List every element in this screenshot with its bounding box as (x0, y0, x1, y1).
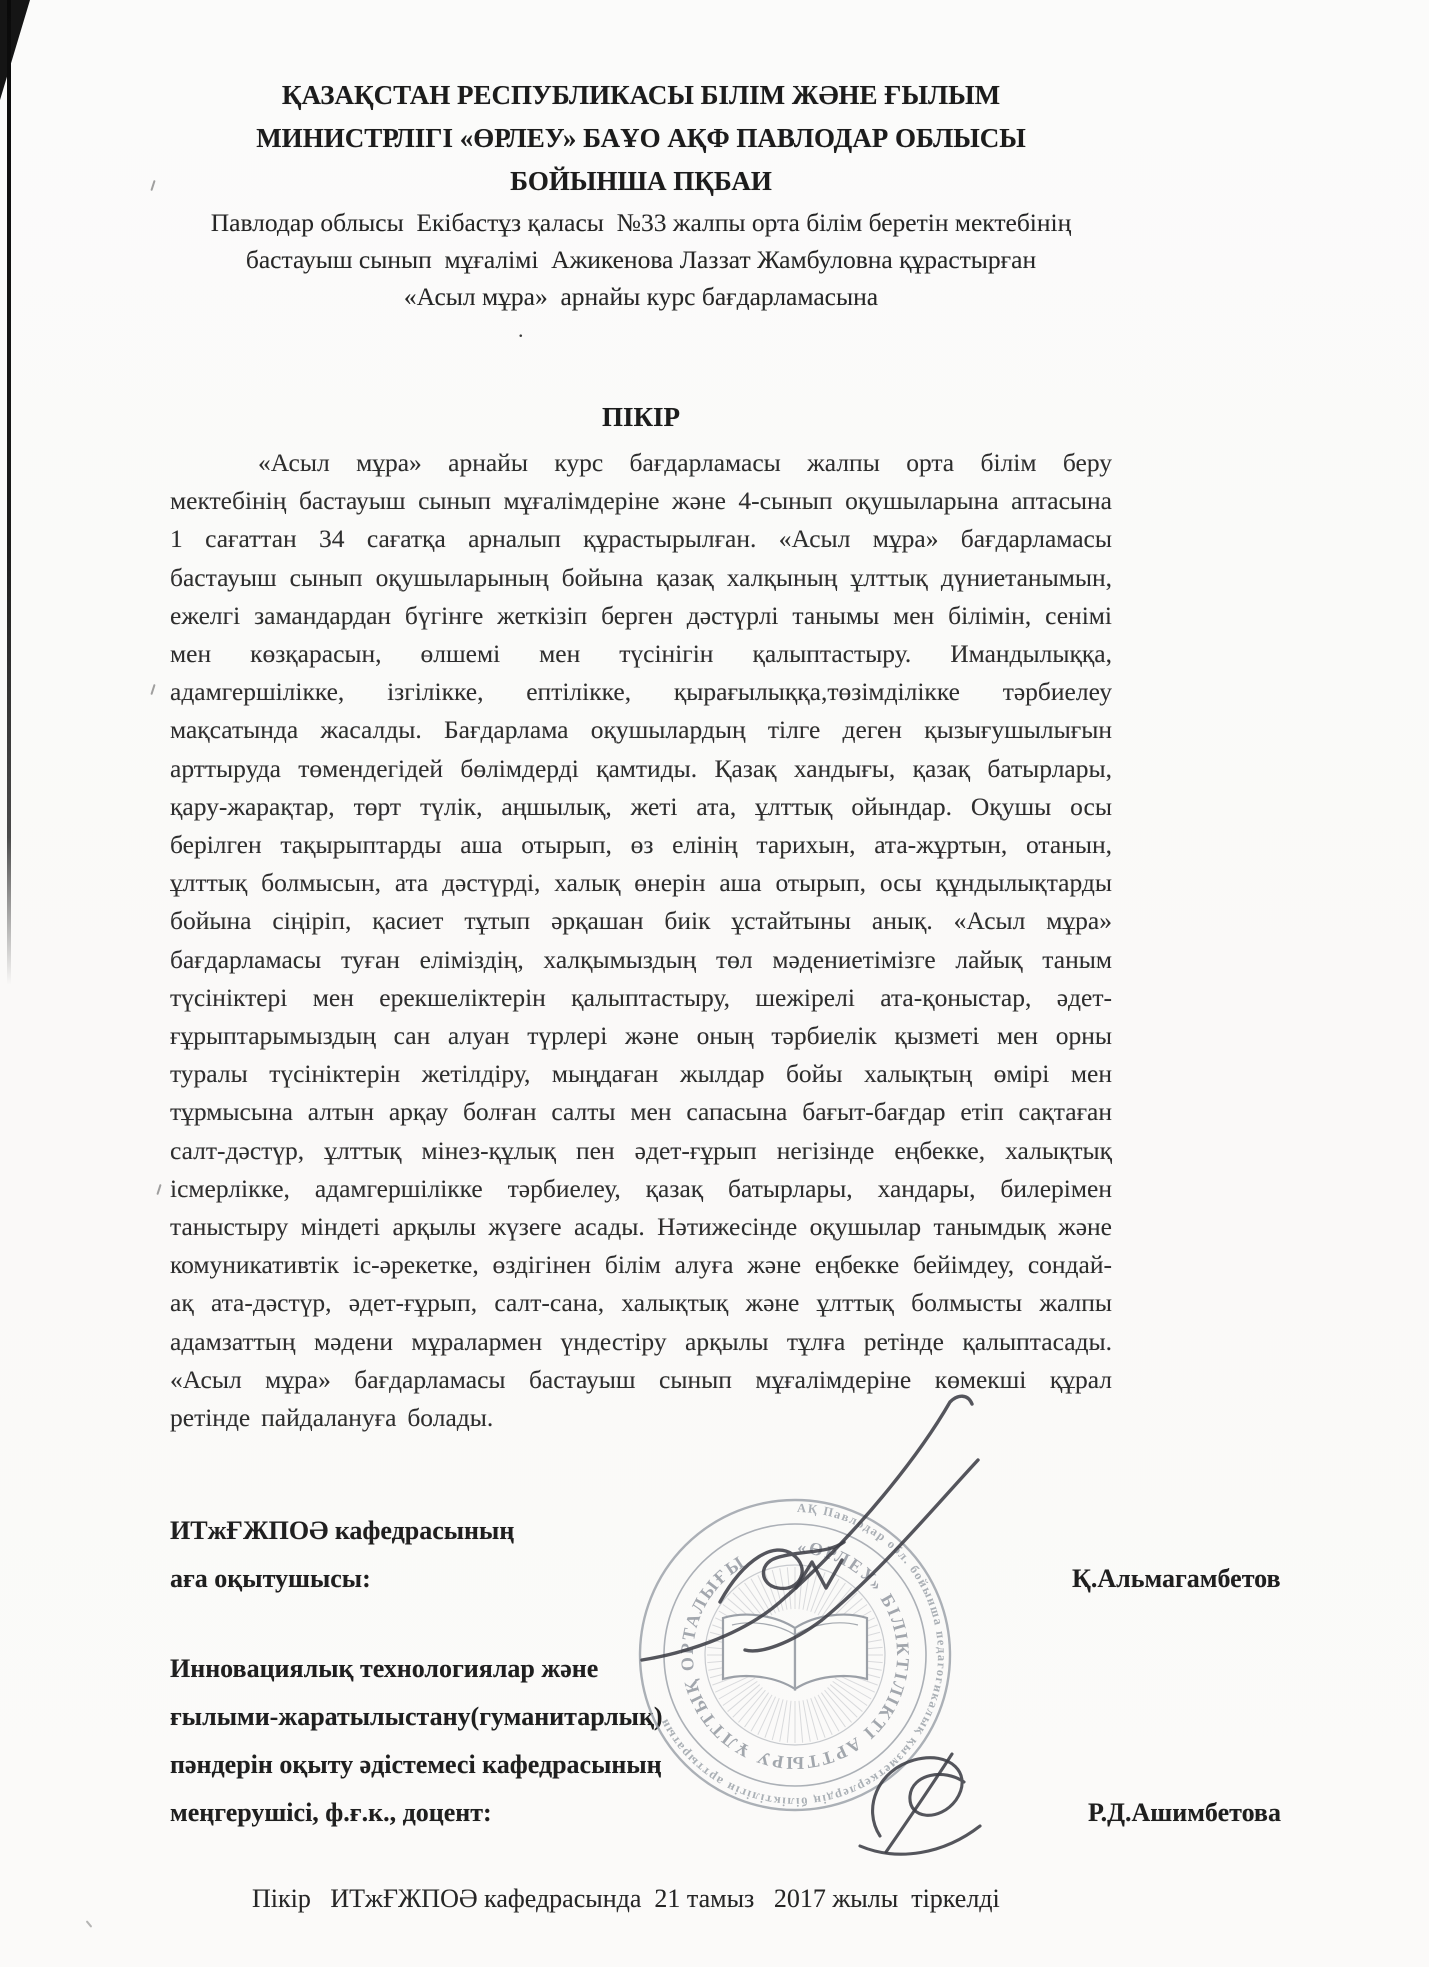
signatory-name-2: Р.Д.Ашимбетова (1088, 1798, 1281, 1828)
subtitle-line: Павлодар облысы Екібастұз қаласы №33 жал… (150, 204, 1132, 241)
signature2-role-line: пәндерін оқыту әдістемесі кафедрасының (170, 1750, 662, 1780)
subtitle-line: бастауыш сынып мұғалімі Ажикенова Лаззат… (150, 241, 1132, 278)
title-line: МИНИСТРЛІГІ «ӨРЛЕУ» БАҰО АҚФ ПАВЛОДАР ОБ… (170, 117, 1112, 160)
scan-edge-line (7, 0, 11, 985)
document-subtitle: Павлодар облысы Екібастұз қаласы №33 жал… (150, 204, 1132, 315)
review-heading: ПІКІР (170, 402, 1112, 433)
signature2-role-line: ғылыми-жаратылыстану(гуманитарлық) (170, 1702, 663, 1732)
title-line: ҚАЗАҚСТАН РЕСПУБЛИКАСЫ БІЛІМ ЖӘНЕ ҒЫЛЫМ (170, 74, 1112, 117)
signature2-role-line: меңгерушісі, ф.ғ.к., доцент: (170, 1798, 492, 1828)
signatory-name-1: Қ.Альмагамбетов (1072, 1564, 1281, 1594)
title-line: БОЙЫНША ПҚБАИ (170, 160, 1112, 203)
handwritten-signature-1 (560, 1392, 1030, 1692)
margin-mark (86, 1920, 93, 1927)
signature1-role-line: аға оқытушысы: (170, 1564, 371, 1594)
handwritten-signature-2 (852, 1748, 1002, 1863)
signature2-role-line: Инновациялық технологиялар және (170, 1654, 598, 1684)
subtitle-line: «Асыл мұра» арнайы курс бағдарламасына (150, 278, 1132, 315)
margin-mark (150, 684, 155, 695)
review-body: «Асыл мұра» арнайы курс бағдарламасы жал… (170, 444, 1112, 1437)
scanned-page: . ҚАЗАҚСТАН РЕСПУБЛИКАСЫ БІЛІМ ЖӘНЕ ҒЫЛЫ… (0, 0, 1429, 1967)
margin-mark (156, 1184, 161, 1195)
margin-mark (150, 180, 155, 191)
stray-dot: . (518, 317, 524, 343)
signature1-role-line: ИТжҒЖПОӘ кафедрасының (170, 1516, 514, 1546)
registration-footer: Пікір ИТжҒЖПОӘ кафедрасында 21 тамыз 201… (252, 1884, 1000, 1914)
scan-corner-artifact (0, 0, 30, 100)
document-title: ҚАЗАҚСТАН РЕСПУБЛИКАСЫ БІЛІМ ЖӘНЕ ҒЫЛЫМ … (170, 74, 1112, 203)
